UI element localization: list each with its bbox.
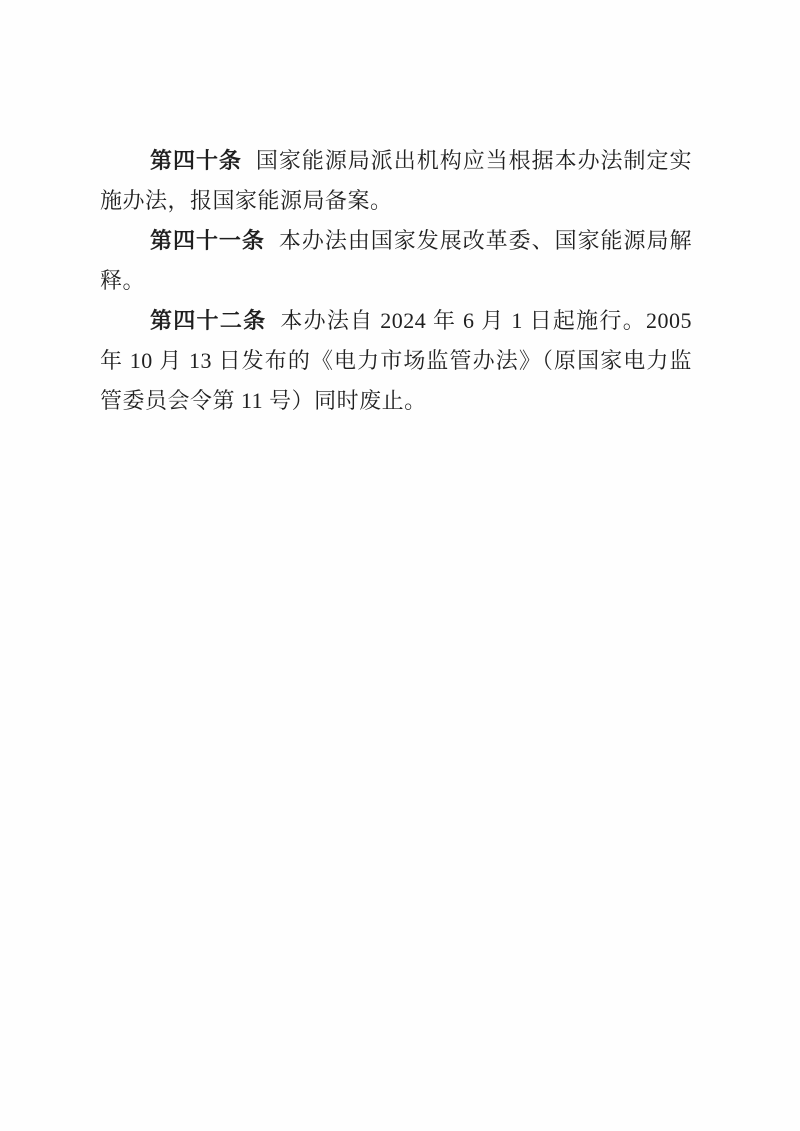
paragraph-article-42: 第四十二条本办法自 2024 年 6 月 1 日起施行。2005 年 10 月 … — [100, 301, 692, 421]
article-41-label: 第四十一条 — [150, 228, 265, 253]
article-42-label: 第四十二条 — [150, 308, 266, 333]
article-40-label: 第四十条 — [150, 148, 242, 173]
paragraph-article-40: 第四十条国家能源局派出机构应当根据本办法制定实施办法，报国家能源局备案。 — [100, 141, 692, 221]
paragraph-article-41: 第四十一条本办法由国家发展改革委、国家能源局解释。 — [100, 221, 692, 301]
document-body: 第四十条国家能源局派出机构应当根据本办法制定实施办法，报国家能源局备案。 第四十… — [100, 141, 692, 421]
document-page: 第四十条国家能源局派出机构应当根据本办法制定实施办法，报国家能源局备案。 第四十… — [0, 0, 800, 1131]
